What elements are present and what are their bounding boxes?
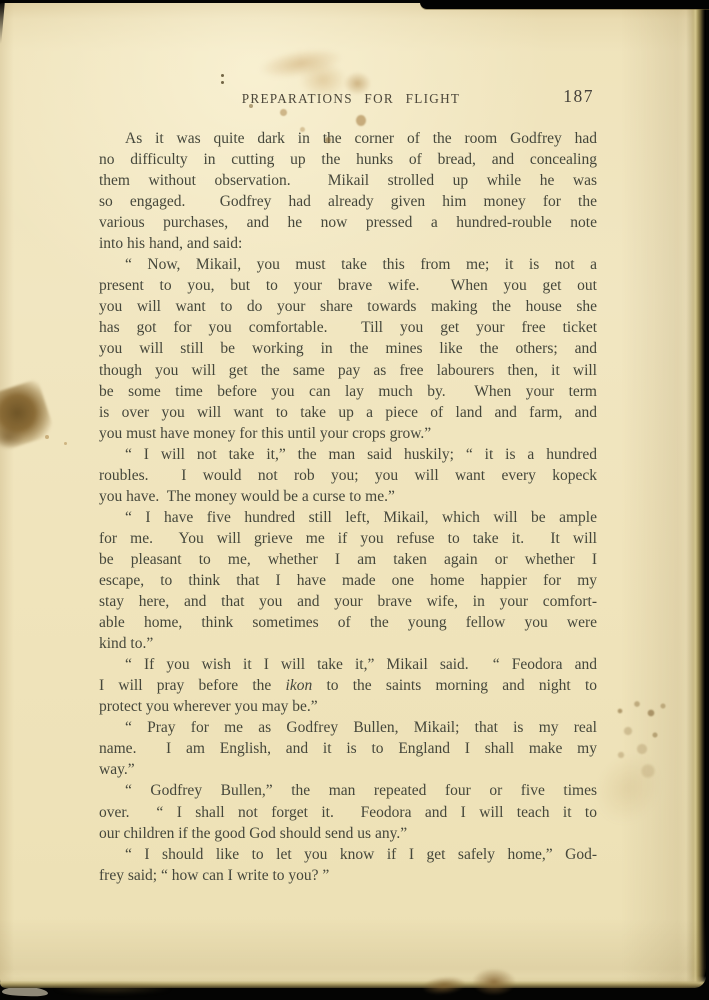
body-text: As it was quite dark in the corner of th… [99, 128, 597, 886]
paragraph: “ Pray for me as Godfrey Bullen, Mikail;… [99, 717, 597, 780]
running-header: PREPARATIONS FOR FLIGHT [236, 91, 461, 106]
paragraph: “ I have five hundred still left, Mikail… [99, 507, 597, 654]
text-line: so engaged. Godfrey had already given hi… [99, 191, 597, 212]
page-edge-bottom [0, 976, 706, 988]
text-line: roubles. I would not rob you; you will w… [99, 465, 597, 486]
text-line: As it was quite dark in the corner of th… [99, 128, 597, 149]
stain-speck [221, 74, 224, 77]
paragraph: “ Godfrey Bullen,” the man repeated four… [99, 780, 597, 843]
stain-left-blob-tail [0, 425, 24, 449]
text-line: “ I should like to let you know if I get… [99, 844, 597, 865]
text-line: you will still be working in the mines l… [99, 338, 597, 359]
stain-left-blob [0, 379, 55, 453]
text-line: kind to.” [99, 633, 597, 654]
stain-top-smudge-1 [256, 43, 345, 83]
text-line: them without observation. Mikail strolle… [99, 170, 597, 191]
text-line: present to you, but to your brave wife. … [99, 275, 597, 296]
text-line: though you will get the same pay as free… [99, 360, 597, 381]
text-line: our children if the good God should send… [99, 823, 597, 844]
text-line: I will pray before the ikon to the saint… [99, 675, 597, 696]
stain-speck [356, 115, 366, 126]
text-line: able home, think sometimes of the young … [99, 612, 597, 633]
text-line: “ Pray for me as Godfrey Bullen, Mikail;… [99, 717, 597, 738]
paragraph: “ If you wish it I will take it,” Mikail… [99, 654, 597, 717]
text-line: into his hand, and said: [99, 233, 597, 254]
text-line: be some time before you can lay much by.… [99, 381, 597, 402]
text-line: “ Now, Mikail, you must take this from m… [99, 254, 597, 275]
text-line: you must have money for this until your … [99, 423, 597, 444]
stain-speck [221, 81, 224, 84]
text-line: you have. The money would be a curse to … [99, 486, 597, 507]
text-line: way.” [99, 759, 597, 780]
page-number: 187 [563, 86, 594, 107]
text-line: frey said; “ how can I write to you? ” [99, 865, 597, 886]
text-line: various purchases, and he now pressed a … [99, 212, 597, 233]
stain-speck [45, 435, 49, 439]
text-line: “ I will not take it,” the man said husk… [99, 444, 597, 465]
text-line: no difficulty in cutting up the hunks of… [99, 149, 597, 170]
paragraph: “ Now, Mikail, you must take this from m… [99, 254, 597, 443]
page-header: PREPARATIONS FOR FLIGHT 187 [99, 90, 597, 110]
paragraph: “ I will not take it,” the man said husk… [99, 444, 597, 507]
text-line: you will want to do your share towards m… [99, 296, 597, 317]
text-line: escape, to think that I have made one ho… [99, 570, 597, 591]
scan-black-band-top [420, 0, 709, 9]
paragraph: As it was quite dark in the corner of th… [99, 128, 597, 254]
text-line: for me. You will grieve me if you refuse… [99, 528, 597, 549]
scan-background: PREPARATIONS FOR FLIGHT 187 As it was qu… [0, 0, 709, 1000]
stain-right-speckles [606, 693, 684, 793]
text-line: be pleasant to me, whether I am taken ag… [99, 549, 597, 570]
text-line: stay here, and that you and your brave w… [99, 591, 597, 612]
text-line: has got for you comfortable. Till you ge… [99, 317, 597, 338]
text-line: “ I have five hundred still left, Mikail… [99, 507, 597, 528]
text-line: protect you wherever you may be.” [99, 696, 597, 717]
book-page: PREPARATIONS FOR FLIGHT 187 As it was qu… [0, 3, 706, 988]
text-line: over. “ I shall not forget it. Feodora a… [99, 802, 597, 823]
text-line: name. I am English, and it is to England… [99, 738, 597, 759]
text-line: “ If you wish it I will take it,” Mikail… [99, 654, 597, 675]
text-line: “ Godfrey Bullen,” the man repeated four… [99, 780, 597, 801]
stain-speck [280, 109, 287, 116]
paragraph: “ I should like to let you know if I get… [99, 844, 597, 886]
page-edge-right [686, 3, 706, 988]
stain-speck [64, 442, 67, 445]
text-line: is over you will want to take up a piece… [99, 402, 597, 423]
